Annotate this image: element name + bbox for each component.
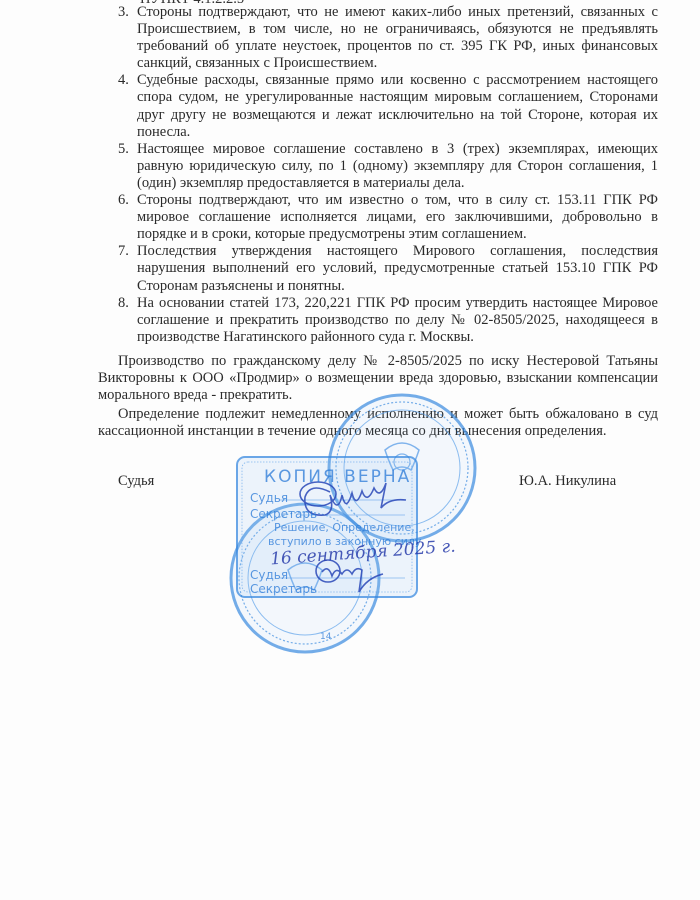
term-number: 4. [118,72,129,89]
round-seal-number: 14 [320,632,331,642]
term-number: 3. [118,4,129,21]
copy-stamp-judge-label-2: Судья [250,568,288,582]
document-page: ПУНКТ 4.1.2.2.5 3. Стороны подтверждают,… [0,0,700,900]
copy-stamp-judge-label: Судья [250,491,288,505]
term-number: 5. [118,141,129,158]
term-text: Стороны подтверждают, что не имеют каких… [137,4,658,71]
copy-stamp-decision-label: Решение, Определение, [274,521,415,534]
termination-paragraph-block: Производство по гражданскому делу № 2-85… [98,353,658,404]
copy-stamp-title: КОПИЯ ВЕРНА [264,467,411,487]
term-text: Настоящее мировое соглашение составлено … [137,141,658,191]
signature-role: Судья [118,473,154,490]
term-item-5: 5. Настоящее мировое соглашение составле… [118,141,658,192]
term-item-4: 4. Судебные расходы, связанные прямо или… [118,72,658,140]
term-number: 7. [118,243,129,260]
agreement-terms-list: 3. Стороны подтверждают, что не имеют ка… [118,4,658,346]
term-item-7: 7. Последствия утверждения настоящего Ми… [118,243,658,294]
term-text: На основании статей 173, 220,221 ГПК РФ … [137,295,658,345]
term-text: Судебные расходы, связанные прямо или ко… [137,72,658,139]
appeal-text: Определение подлежит немедленному исполн… [98,406,658,440]
copy-stamp-effect-label: вступило в законную силу [268,535,421,548]
term-number: 6. [118,192,129,209]
signature-scribble-icon [300,482,406,515]
signature-name: Ю.А. Никулина [519,473,616,490]
term-text: Последствия утверждения настоящего Миров… [137,243,658,293]
term-item-3: 3. Стороны подтверждают, что не имеют ка… [118,4,658,72]
round-seal-bottom-icon [231,504,379,652]
copy-stamp-secretary-label: Секретарь [250,507,317,521]
secretary-signature-icon [316,560,383,592]
copy-stamp-secretary-label-2: Секретарь [250,582,317,596]
copy-stamp-frame-icon [237,457,417,597]
term-item-6: 6. Стороны подтверждают, что им известно… [118,192,658,243]
appeal-paragraph-block: Определение подлежит немедленному исполн… [98,406,658,440]
term-item-8: 8. На основании статей 173, 220,221 ГПК … [118,295,658,346]
term-text: Стороны подтверждают, что им известно о … [137,192,658,242]
termination-text: Производство по гражданскому делу № 2-85… [98,353,658,404]
term-number: 8. [118,295,129,312]
copy-stamp-date: 16 сентября 2025 г. [270,537,457,570]
